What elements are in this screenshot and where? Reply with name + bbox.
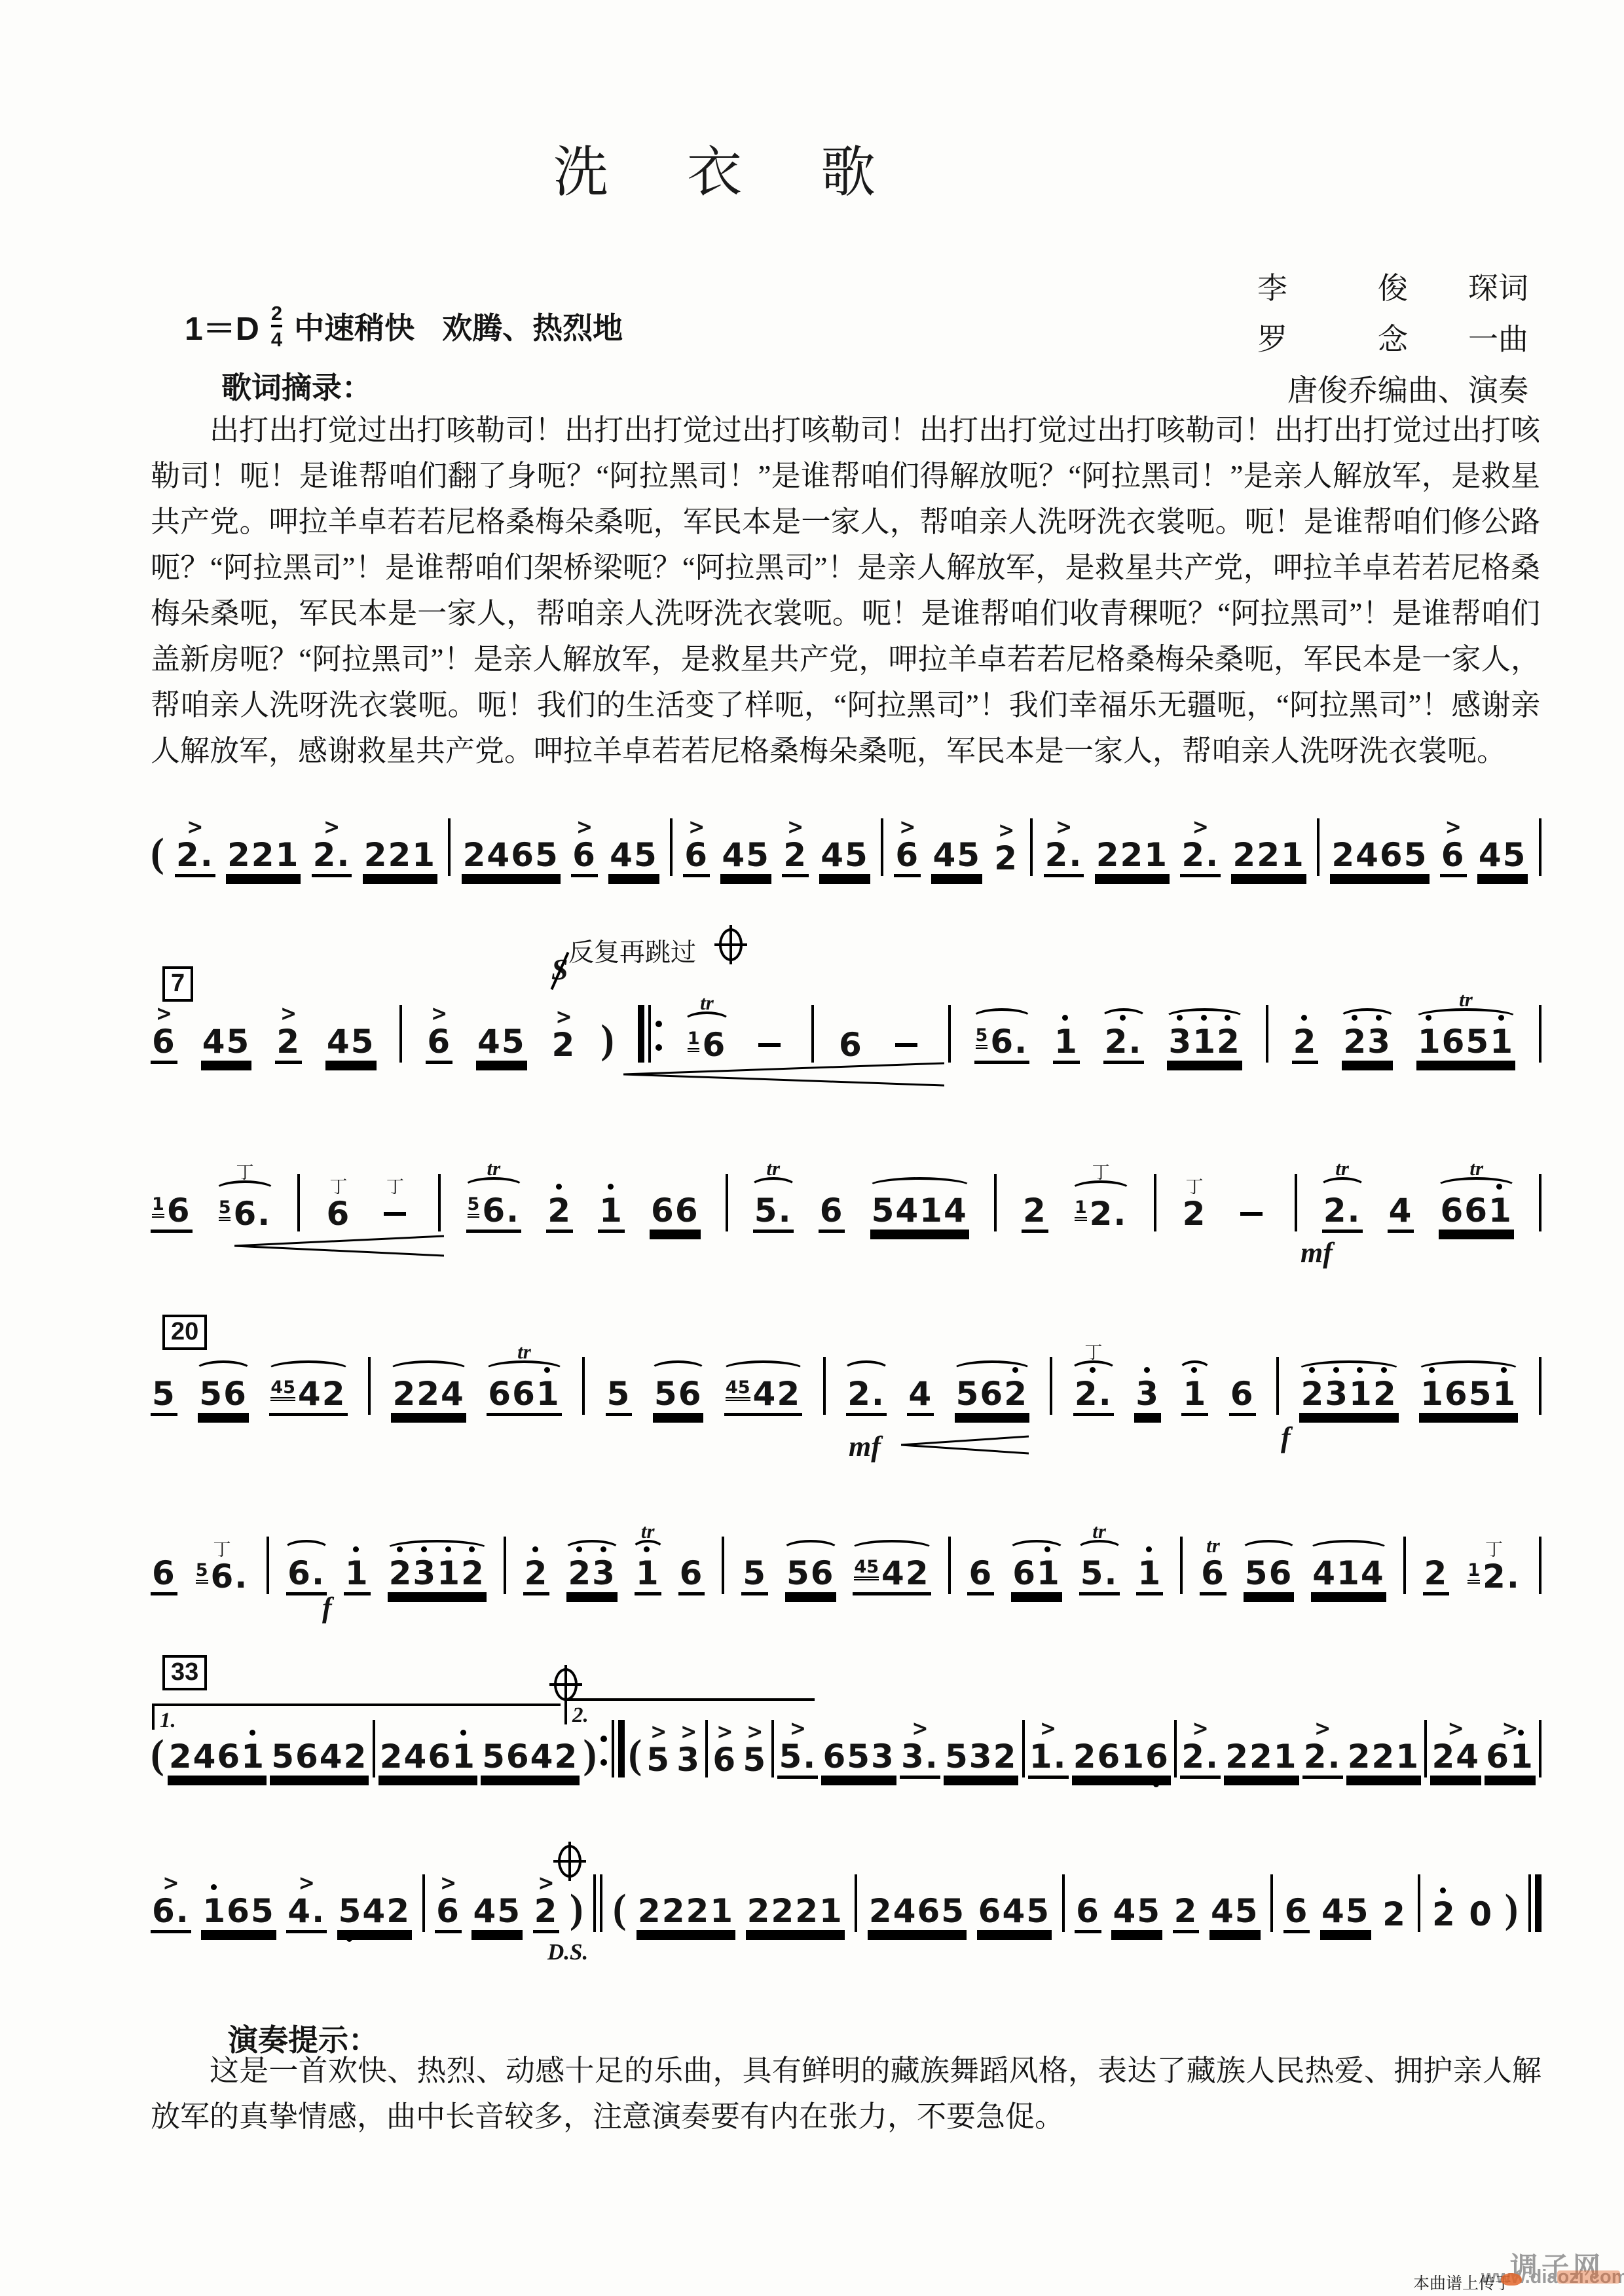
note-char: 1 — [1121, 1740, 1145, 1773]
trill-mark: tr — [517, 1341, 531, 1362]
note-group: 45 — [720, 839, 771, 877]
note-char: 1 — [1490, 1025, 1514, 1058]
note-char: 2. — [1181, 839, 1219, 871]
note-char: 3 — [1325, 1377, 1349, 1410]
barline-stroke — [1528, 1874, 1531, 1932]
note-group: tr1 — [635, 1515, 661, 1595]
note-char: 6. — [990, 1025, 1028, 1058]
note-char: 6 — [511, 839, 535, 871]
note-char: 1 — [536, 1377, 561, 1410]
grace-notes: 45 — [726, 1379, 750, 1401]
note-group: >2. — [1180, 811, 1221, 877]
barline — [1403, 1537, 1406, 1595]
note-group: >2 — [551, 1001, 578, 1064]
note-char: 2 — [869, 1895, 893, 1927]
note-digits: 45 — [720, 839, 771, 877]
note-digits: 1651 — [1416, 1025, 1515, 1064]
barline-stroke — [1022, 1720, 1025, 1777]
ornament-row: > — [787, 811, 803, 837]
barline-stroke — [1539, 1720, 1541, 1777]
note-group: >2 — [533, 1867, 560, 1933]
barline-stroke — [670, 818, 673, 876]
note-char: 1 — [1349, 1377, 1373, 1410]
ornament-row: > — [555, 1001, 572, 1027]
note-char: 1 — [1054, 1025, 1079, 1058]
note-group: >61 — [1485, 1713, 1536, 1779]
barline-stroke — [1180, 1537, 1183, 1594]
parenthesis: ( — [628, 1734, 642, 1775]
note-digits: 562 — [955, 1377, 1029, 1416]
barline — [438, 1174, 441, 1233]
barline-stroke — [855, 1874, 857, 1932]
note-group: >2. — [1044, 811, 1084, 877]
note-char: 2 — [1217, 1025, 1241, 1058]
note-digits: 1 — [344, 1557, 371, 1595]
note-digits: 6 — [151, 1557, 177, 1595]
barline-stroke — [1535, 1874, 1541, 1932]
note-char: 2 — [1120, 839, 1144, 871]
note-digits: 2312 — [1299, 1377, 1398, 1416]
grace-notes: 5 — [219, 1199, 231, 1221]
note-digits: 5 — [645, 1743, 672, 1779]
ornament-row: 丁 — [213, 1533, 231, 1559]
barline-stroke — [881, 818, 883, 876]
ornament-row: tr — [766, 1152, 780, 1178]
trill-mark: tr — [487, 1158, 501, 1178]
duration-dash — [1234, 1197, 1268, 1230]
note-group: 丁6 — [325, 1170, 352, 1233]
note-digits: 45 — [471, 1895, 523, 1933]
note-char: 5 — [957, 839, 981, 871]
note-digits: 2. — [1180, 1740, 1221, 1779]
note-group: 221 — [1346, 1740, 1421, 1779]
trill-mark: tr — [766, 1158, 780, 1178]
ornament-row: 丁 — [386, 1170, 404, 1196]
note-digits: 56 — [785, 1557, 836, 1595]
ornament-row: > — [156, 998, 172, 1024]
barline-stroke — [1030, 818, 1033, 876]
note-group: 6 — [1283, 1895, 1310, 1933]
note-digits: 1. — [1028, 1740, 1069, 1779]
note-group: 1 — [1053, 1025, 1080, 1064]
barline — [811, 1005, 814, 1064]
note-digits: 2. — [1302, 1740, 1343, 1779]
note-digits: 5. — [753, 1194, 794, 1233]
parenthesis: ( — [613, 1889, 627, 1929]
note-char: 4. — [287, 1895, 325, 1927]
note-digits: 5. — [1079, 1557, 1120, 1595]
note-group: 1 — [598, 1194, 625, 1233]
note-char: 5 — [1503, 839, 1527, 871]
barline-stroke — [612, 1720, 614, 1777]
note-group: >6 — [151, 998, 177, 1064]
dayin-mark: 丁 — [1084, 1344, 1102, 1362]
barline-stroke — [823, 1357, 826, 1415]
ornament-row: > — [1502, 1713, 1518, 1739]
accent-mark: > — [1040, 1719, 1056, 1740]
barline-stroke — [948, 1005, 951, 1063]
note-digits: 1 — [598, 1194, 625, 1233]
note-group: 6 — [1075, 1895, 1101, 1933]
note-char: 2 — [1372, 1740, 1396, 1773]
note-char: 4 — [404, 1740, 428, 1773]
note-group: 6 — [838, 1029, 864, 1064]
dayin-mark: 丁 — [1485, 1541, 1503, 1559]
note-digits: 6 — [894, 839, 921, 877]
note-char: 6. — [233, 1197, 271, 1230]
repeat-dots — [655, 1015, 663, 1056]
note-digits: 2 — [533, 1895, 560, 1933]
score-system-7: >6.165>4.542>645>2)(22212221246564564524… — [151, 1825, 1541, 1933]
trill-mark: tr — [1469, 1158, 1483, 1178]
note-digits: 6 — [678, 1557, 705, 1595]
note-group: 4542 — [724, 1377, 802, 1416]
note-group: >6 — [683, 811, 710, 877]
note-char: 4 — [944, 1194, 968, 1227]
accent-mark: > — [299, 1873, 315, 1895]
note-char: 6 — [326, 1197, 350, 1230]
note-char: 2 — [638, 1895, 662, 1927]
note-digits: 6 — [571, 839, 598, 877]
note-char: 4 — [327, 1025, 351, 1058]
note-group: 5 — [151, 1377, 177, 1416]
barline-stroke — [1317, 818, 1319, 876]
barline — [726, 1174, 728, 1233]
barline-stroke — [722, 1537, 724, 1594]
accent-mark: > — [323, 817, 340, 839]
ornament-row: tr — [1335, 1152, 1349, 1178]
trill-mark: tr — [1092, 1521, 1106, 1541]
note-group: >5 — [741, 1716, 768, 1779]
note-char: 2 — [1023, 1194, 1047, 1227]
note-digits: 4 — [907, 1377, 934, 1416]
accent-mark: > — [1314, 1719, 1331, 1740]
grace-notes: 1 — [1467, 1561, 1480, 1584]
accent-mark: > — [899, 817, 915, 839]
note-group: 165 — [201, 1895, 276, 1933]
note-digits: 5642 — [270, 1740, 369, 1779]
duration-dash — [889, 1029, 923, 1061]
note-char: 6 — [1201, 1557, 1225, 1590]
barline-stroke — [1174, 1720, 1177, 1777]
note-digits: 2 — [1423, 1557, 1450, 1595]
note-group — [888, 1029, 925, 1064]
watermark-logo-blob — [1501, 2273, 1522, 2286]
note-char: 6 — [895, 839, 919, 871]
note-group: >6 — [711, 1716, 738, 1779]
note-digits: 661 — [1439, 1194, 1513, 1233]
note-group: >2. — [312, 811, 352, 877]
barline — [422, 1874, 425, 1933]
ornament-row: tr — [1092, 1515, 1106, 1541]
note-group: 3 — [1134, 1377, 1161, 1416]
note-group: 56. — [974, 1025, 1030, 1064]
barline — [1050, 1357, 1052, 1416]
barline — [1062, 1874, 1065, 1933]
note-digits: 2 — [1173, 1895, 1200, 1933]
note-char: 2 — [461, 1557, 485, 1590]
note-char: 4 — [1321, 1895, 1346, 1927]
dayin-mark: 丁 — [213, 1541, 231, 1559]
note-group: >6. — [151, 1867, 191, 1933]
ornament-row: > — [899, 811, 915, 837]
note-char: 2 — [1331, 839, 1356, 871]
note-char: 5 — [786, 1557, 811, 1590]
barline-stroke — [648, 1005, 651, 1063]
note-char: 2 — [416, 1377, 441, 1410]
note-group: 2461 — [378, 1740, 477, 1779]
note-char: 5 — [482, 1740, 506, 1773]
note-digits: 2 — [1431, 1898, 1458, 1933]
note-digits — [1233, 1197, 1270, 1233]
barline-stroke — [297, 1174, 300, 1231]
trill-mark: tr — [1459, 989, 1473, 1010]
note-group: 2616 — [1072, 1740, 1171, 1779]
note-group: 2465 — [868, 1895, 967, 1933]
note-group: 56 — [785, 1557, 836, 1595]
note-group: 45 — [471, 1895, 523, 1933]
note-digits: 3 — [675, 1743, 702, 1779]
barline-stroke — [438, 1174, 441, 1231]
note-char: 2 — [276, 1025, 301, 1058]
barline — [771, 1720, 774, 1779]
dayin-mark: 丁 — [1092, 1164, 1110, 1182]
note-char: 1 — [636, 1557, 660, 1590]
note-group: 丁12. — [1466, 1533, 1522, 1595]
note-group: >2. — [1302, 1713, 1343, 1779]
accent-mark: > — [280, 1004, 297, 1025]
note-group: 221 — [1095, 839, 1170, 877]
note-digits: 2221 — [746, 1895, 845, 1933]
note-char: 1. — [1029, 1740, 1067, 1773]
note-char: 5 — [743, 1557, 767, 1590]
note-group: 2221 — [746, 1895, 845, 1933]
barline — [855, 1874, 857, 1933]
barline — [1266, 1005, 1268, 1064]
coda-sign — [558, 1845, 581, 1878]
barline-stroke — [448, 818, 451, 876]
note-char: 6 — [811, 1557, 835, 1590]
score-system-4: 5564542224tr66155645422.4562丁2.316231216… — [151, 1308, 1541, 1416]
note-char: 1 — [1488, 1194, 1513, 1227]
note-char: 4 — [1356, 839, 1380, 871]
note-char: 1 — [1418, 1025, 1442, 1058]
watermark-logo-bar — [1557, 2270, 1620, 2284]
grace-notes: 1 — [152, 1195, 164, 1218]
note-digits — [377, 1197, 413, 1233]
parenthesis: ( — [151, 1734, 164, 1775]
note-group: 221 — [1231, 839, 1306, 877]
note-group — [1233, 1197, 1270, 1233]
ornament-row: > — [1445, 811, 1462, 837]
note-digits: 4 — [1388, 1194, 1414, 1233]
barline — [1276, 1357, 1279, 1416]
accent-mark: > — [650, 1722, 667, 1743]
note-digits: 45 — [476, 1025, 527, 1064]
note-digits: 221 — [1346, 1740, 1421, 1779]
note-group: 532 — [944, 1740, 1018, 1779]
note-digits: 2461 — [378, 1740, 477, 1779]
note-char: 2 — [1431, 1740, 1456, 1773]
note-char: 4 — [1312, 1557, 1337, 1590]
note-char: 2 — [662, 1895, 686, 1927]
barline-stroke — [771, 1720, 774, 1777]
note-group: 5642 — [481, 1740, 580, 1779]
measure-number-box: 33 — [162, 1655, 207, 1690]
note-char: 6 — [1269, 1557, 1293, 1590]
note-char: 5 — [199, 1377, 223, 1410]
note-char: 6 — [227, 1895, 251, 1927]
note-char: 2 — [525, 1557, 549, 1590]
note-char: 6 — [917, 1895, 942, 1927]
barline — [670, 818, 673, 877]
barline — [1174, 1720, 1177, 1779]
note-char: 6. — [211, 1560, 249, 1593]
note-group: 542 — [337, 1895, 412, 1933]
note-digits: 4542 — [724, 1377, 802, 1416]
note-group: 4542 — [853, 1557, 931, 1595]
note-group: 66 — [650, 1194, 701, 1233]
note-char: 6. — [482, 1194, 520, 1227]
note-digits: 165 — [201, 1895, 276, 1933]
note-digits: 2 — [1381, 1898, 1408, 1933]
note-group: 丁2 — [1181, 1170, 1208, 1233]
ornament-row: > — [1192, 1713, 1209, 1739]
note-digits: 6 — [1229, 1377, 1256, 1416]
note-char: 5 — [502, 1025, 526, 1058]
note-char: 2 — [169, 1740, 193, 1773]
note-char: 6 — [1464, 1194, 1488, 1227]
duration-dash — [378, 1197, 412, 1230]
barline-stroke — [422, 1874, 425, 1932]
note-char: 6 — [678, 1377, 703, 1410]
note-group: 45 — [476, 1025, 527, 1064]
note-group: 2 — [1292, 1025, 1319, 1064]
barline-stroke — [399, 1005, 402, 1063]
note-digits: 4542 — [269, 1377, 347, 1416]
accent-mark: > — [680, 1722, 697, 1743]
note-char: 4 — [881, 1557, 906, 1590]
ornament-row: 丁 — [329, 1170, 347, 1196]
accent-mark: > — [688, 817, 705, 839]
sheet-page: 洗 衣 歌 李 俊 琛词 罗 念 一曲 唐俊乔编曲、演奏 1＝D 2 4 中速稍… — [0, 0, 1624, 2296]
trill-mark: tr — [641, 1521, 655, 1541]
note-digits: 2 — [782, 839, 809, 877]
note-char: 4 — [362, 1895, 386, 1927]
barline-stroke — [1539, 1005, 1541, 1063]
accent-mark: > — [998, 820, 1014, 842]
note-char: 2 — [227, 839, 251, 871]
note-char: 2 — [686, 1895, 710, 1927]
note-char: 5. — [1080, 1557, 1118, 1590]
barline-stroke — [600, 1874, 602, 1932]
note-char: 6 — [1440, 1194, 1464, 1227]
note-char: 2 — [1373, 1377, 1397, 1410]
barline — [593, 1874, 602, 1933]
accent-mark: > — [1445, 817, 1462, 839]
note-group: 1 — [344, 1557, 371, 1595]
dynamic-mark: mf — [849, 1430, 881, 1463]
note-digits: 56. — [217, 1197, 273, 1233]
note-char: 1 — [710, 1895, 734, 1927]
note-char: 6 — [1380, 839, 1404, 871]
note-char: 5 — [845, 839, 869, 871]
note-digits: 6 — [819, 1194, 845, 1233]
note-group: 45 — [819, 839, 870, 877]
note-group: 61 — [1011, 1557, 1062, 1595]
grace-notes: 1 — [688, 1030, 700, 1052]
note-group: 653 — [821, 1740, 896, 1779]
dayin-mark: 丁 — [236, 1164, 253, 1182]
barline-stroke — [1418, 1874, 1420, 1932]
barline — [582, 1357, 585, 1416]
note-group: 6 — [819, 1194, 845, 1233]
note-digits: 2 — [546, 1194, 573, 1233]
ornament-row: tr — [700, 987, 714, 1013]
note-char: 1 — [599, 1194, 623, 1227]
note-group: >6 — [894, 811, 921, 877]
note-char: 4 — [610, 839, 634, 871]
note-group: 2 — [1022, 1194, 1048, 1233]
note-digits: 5 — [151, 1377, 177, 1416]
note-char: 3 — [969, 1740, 993, 1773]
volta-label: 2. — [572, 1704, 589, 1728]
note-char: 2 — [771, 1895, 795, 1927]
ornament-row: tr — [487, 1152, 501, 1178]
note-digits: 532 — [944, 1740, 1018, 1779]
note-char: 5 — [1026, 1895, 1050, 1927]
note-char: 4 — [1479, 839, 1503, 871]
note-digits: 645 — [977, 1895, 1052, 1933]
barline — [1539, 1005, 1541, 1064]
note-group: 16 — [151, 1194, 193, 1233]
note-group: 56 — [198, 1377, 249, 1416]
note-char: 6. — [152, 1895, 190, 1927]
note-group: 2. — [846, 1377, 887, 1416]
note-char: 4 — [1113, 1895, 1137, 1927]
note-char: 4 — [932, 839, 957, 871]
note-group: 丁12. — [1073, 1156, 1129, 1233]
ornament-row: tr — [1459, 983, 1473, 1010]
note-char: 1 — [412, 839, 436, 871]
barline-stroke — [582, 1357, 585, 1415]
note-group: 224 — [391, 1377, 466, 1416]
note-group: tr6 — [1200, 1529, 1227, 1595]
note-digits: 5 — [606, 1377, 633, 1416]
note-char: 2 — [1183, 1197, 1207, 1230]
accent-mark: > — [1056, 817, 1072, 839]
note-char: 5 — [339, 1895, 363, 1927]
note-char: 6 — [512, 1377, 536, 1410]
barline — [948, 1537, 951, 1595]
note-group: tr661 — [1439, 1152, 1513, 1233]
note-char: 6 — [969, 1557, 993, 1590]
ornament-row: > — [1192, 811, 1209, 837]
ornament-row: tr — [517, 1336, 531, 1362]
note-group: >4. — [286, 1867, 327, 1933]
note-char: 1 — [919, 1194, 944, 1227]
note-digits: 6. — [286, 1557, 327, 1595]
note-char: 5 — [251, 1895, 275, 1927]
note-group: >2 — [782, 811, 809, 877]
note-digits: 56 — [1244, 1557, 1295, 1595]
note-digits: 45 — [1320, 1895, 1371, 1933]
dynamic-mark: mf — [1301, 1236, 1333, 1269]
note-char: 4 — [320, 1740, 344, 1773]
note-digits: 1 — [1053, 1025, 1080, 1064]
barline — [1180, 1537, 1183, 1595]
note-char: 2 — [1096, 839, 1120, 871]
